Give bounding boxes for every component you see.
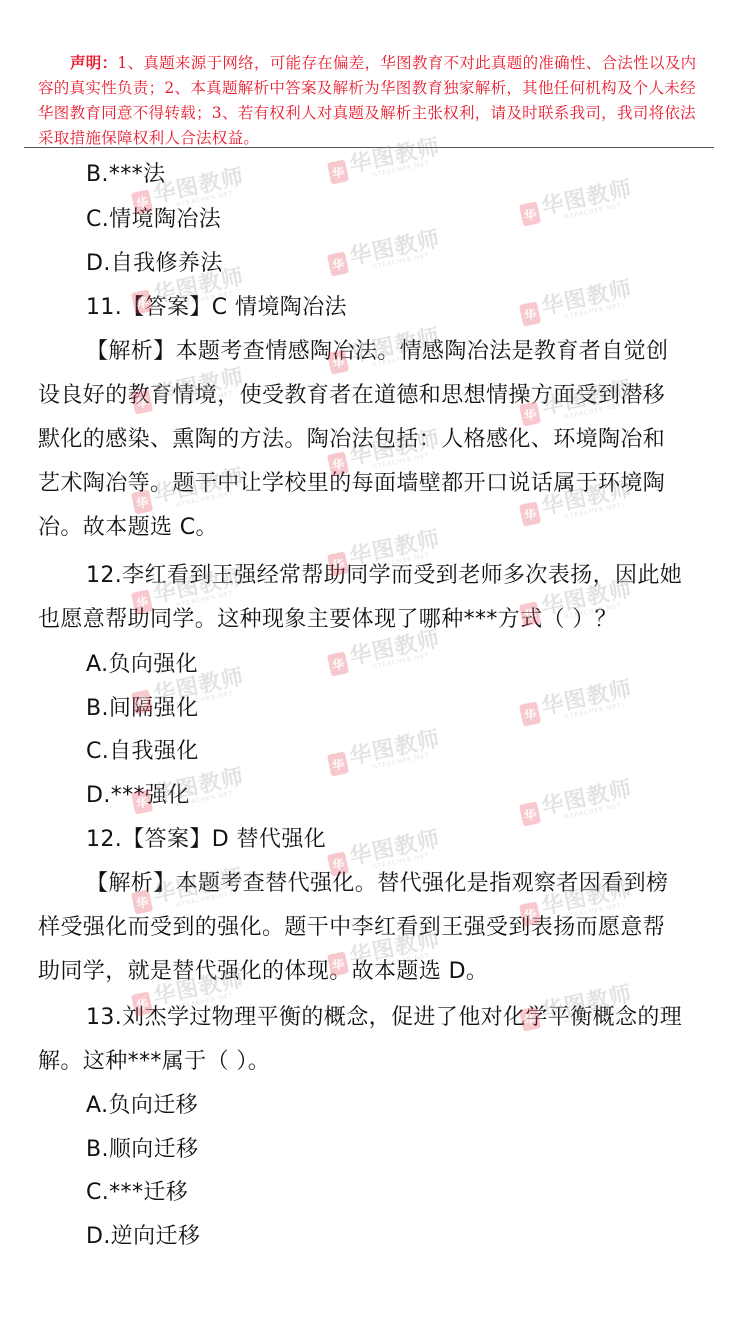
q12-answer: 12.【答案】D 替代强化 — [86, 825, 326, 855]
q11-analysis-line: 艺术陶冶等。题干中让学校里的每面墙壁都开口说话属于环境陶 — [38, 469, 665, 499]
divider — [24, 147, 714, 148]
watermark: 华华图教师HTEACHER.NET — [518, 278, 635, 329]
watermark: 华华图教师HTEACHER.NET — [518, 178, 635, 229]
q11-answer: 11.【答案】C 情境陶冶法 — [86, 293, 347, 323]
q11-analysis-line: 冶。故本题选 C。 — [38, 513, 218, 543]
q12-option-a: A.负向强化 — [86, 650, 198, 680]
q13-option-d: D.逆向迁移 — [86, 1222, 200, 1252]
disclaimer: 声明：1、真题来源于网络，可能存在偏差，华图教育不对此真题的准确性、合法性以及内… — [38, 50, 710, 151]
watermark-logo-icon: 华 — [519, 301, 541, 326]
watermark-logo-icon: 华 — [327, 751, 349, 776]
watermark-logo-icon: 华 — [327, 651, 349, 676]
disclaimer-text: 1、真题来源于网络，可能存在偏差，华图教育不对此真题的准确性、合法性以及内容的真… — [38, 54, 696, 147]
q12-option-d: D.***强化 — [86, 781, 190, 811]
watermark: 华华图教师HTEACHER.NET — [326, 228, 443, 279]
q13-stem-line: 13.刘杰学过物理平衡的概念，促进了他对化学平衡概念的理 — [86, 1003, 682, 1033]
watermark: 华华图教师HTEACHER.NET — [326, 728, 443, 779]
watermark: 华华图教师HTEACHER.NET — [518, 778, 635, 829]
q12-option-b: B.间隔强化 — [86, 694, 199, 724]
q12-stem-line: 12.李红看到王强经常帮助同学而受到老师多次表扬，因此她 — [86, 561, 682, 591]
q11-analysis-line: 默化的感染、熏陶的方法。陶冶法包括：人格感化、环境陶冶和 — [38, 425, 665, 455]
watermark-logo-icon: 华 — [519, 501, 541, 526]
q13-option-c: C.***迁移 — [86, 1178, 188, 1208]
q12-analysis-line: 样受强化而受到的强化。题干中李红看到王强受到表扬而愿意帮 — [38, 913, 665, 943]
q13-stem-line: 解。这种***属于（ ）。 — [38, 1047, 270, 1077]
watermark: 华华图教师HTEACHER.NET — [326, 628, 443, 679]
q12-analysis-line: 助同学，就是替代强化的体现。故本题选 D。 — [38, 957, 488, 987]
disclaimer-label: 声明： — [70, 53, 117, 72]
watermark-logo-icon: 华 — [327, 251, 349, 276]
q11-option-d: D.自我修养法 — [86, 249, 223, 279]
q12-stem-line: 也愿意帮助同学。这种现象主要体现了哪种***方式（ ）？ — [38, 605, 617, 635]
q11-analysis-line: 设良好的教育情境，使受教育者在道德和思想情操方面受到潜移 — [38, 381, 665, 411]
watermark-logo-icon: 华 — [519, 701, 541, 726]
q13-option-b: B.顺向迁移 — [86, 1135, 199, 1165]
watermark: 华华图教师HTEACHER.NET — [518, 678, 635, 729]
watermark-logo-icon: 华 — [519, 201, 541, 226]
q13-option-a: A.负向迁移 — [86, 1091, 198, 1121]
q11-option-b: B.***法 — [86, 160, 166, 190]
q11-option-c: C.情境陶冶法 — [86, 205, 221, 235]
watermark-logo-icon: 华 — [327, 159, 349, 184]
q12-analysis-line: 【解析】本题考查替代强化。替代强化是指观察者因看到榜 — [86, 869, 668, 899]
q11-analysis-line: 【解析】本题考查情感陶冶法。情感陶冶法是教育者自觉创 — [86, 337, 668, 367]
watermark-logo-icon: 华 — [519, 801, 541, 826]
q12-option-c: C.自我强化 — [86, 737, 199, 767]
